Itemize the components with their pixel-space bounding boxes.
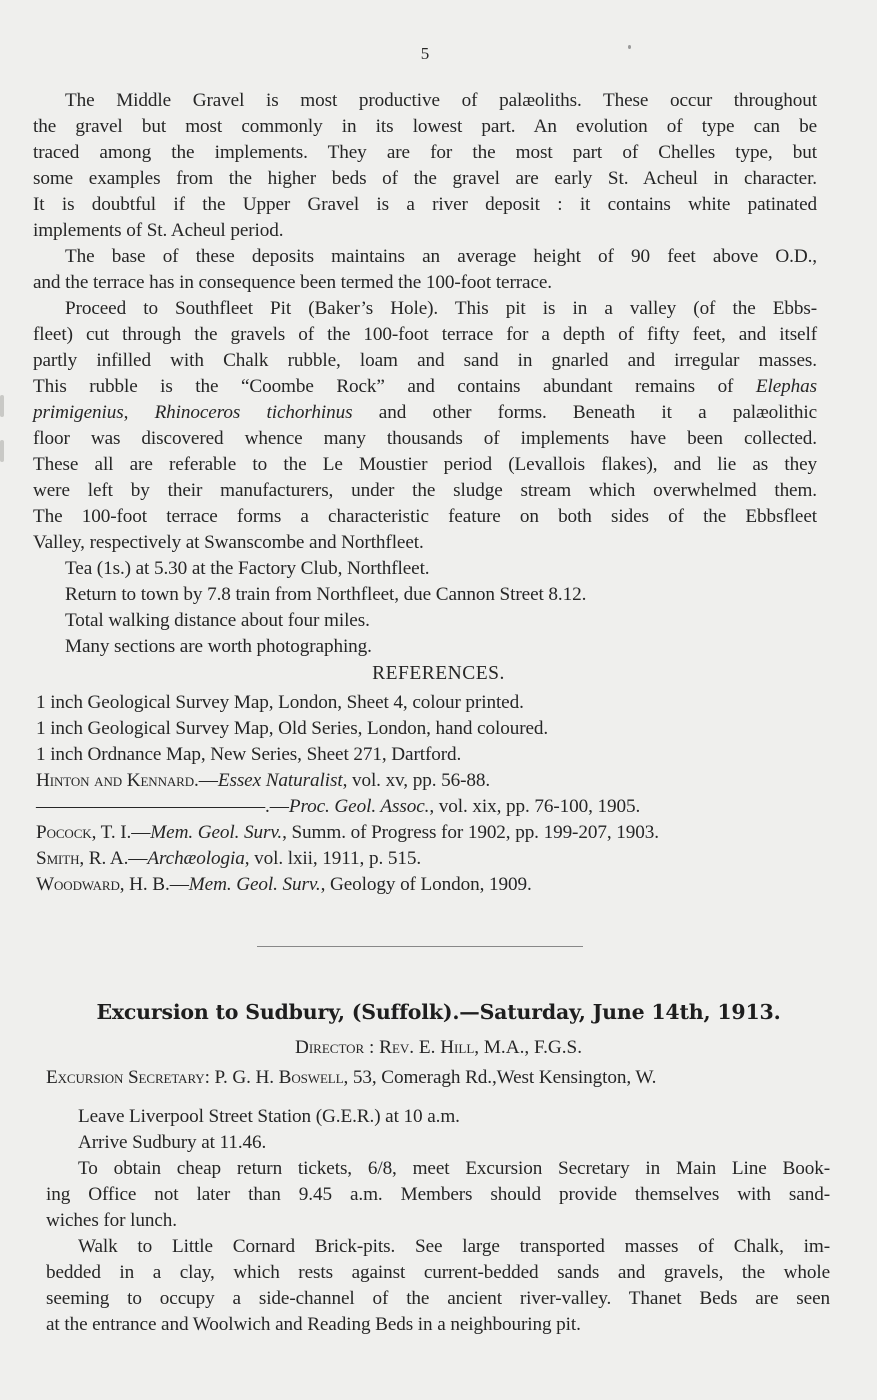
- secretary-label: Excursion Secretary:: [46, 1067, 210, 1088]
- body-text-line: floor was discovered whence many thousan…: [33, 426, 817, 452]
- reference-journal: Essex Naturalist: [218, 770, 343, 791]
- body-text-line: Valley, respectively at Swanscombe and N…: [33, 530, 817, 556]
- note-line: Return to town by 7.8 train from Northfl…: [33, 582, 817, 608]
- excursion-title: Excursion to Sudbury, (Suffolk).—Saturda…: [0, 1000, 877, 1024]
- reference-map: 1 inch Geological Survey Map, London, Sh…: [36, 690, 820, 716]
- body-text-line: Proceed to Southfleet Pit (Baker’s Hole)…: [33, 296, 817, 322]
- itinerary-line: Leave Liverpool Street Station (G.E.R.) …: [46, 1104, 830, 1130]
- body-text-line: The Middle Gravel is most productive of …: [33, 88, 817, 114]
- body-text-line: These all are referable to the Le Mousti…: [33, 452, 817, 478]
- reference-entry: Pocock, T. I.—Mem. Geol. Surv., Summ. of…: [36, 820, 820, 846]
- body-text-line: primigenius, Rhinoceros tichorhinus and …: [33, 400, 817, 426]
- reference-details: , vol. xix, pp. 76-100, 1905.: [429, 796, 640, 817]
- dash: —: [270, 796, 289, 817]
- reference-author: Woodward, H. B.: [36, 874, 170, 895]
- tickets-text-line: ing Office not later than 9.45 a.m. Memb…: [46, 1182, 830, 1208]
- note-line: Many sections are worth photographing.: [33, 634, 817, 660]
- secretary-name: P. G. H. Boswell,: [210, 1067, 348, 1088]
- note-line: Tea (1s.) at 5.30 at the Factory Club, N…: [33, 556, 817, 582]
- scan-edge-mark: [0, 440, 4, 462]
- reference-entry: Woodward, H. B.—Mem. Geol. Surv., Geolog…: [36, 872, 820, 898]
- reference-entry: Hinton and Kennard.—Essex Naturalist, vo…: [36, 768, 820, 794]
- body-text-line: some examples from the higher beds of th…: [33, 166, 817, 192]
- walk-text-line: at the entrance and Woolwich and Reading…: [46, 1312, 830, 1338]
- reference-details: , Summ. of Progress for 1902, pp. 199-20…: [282, 822, 659, 843]
- body-text-line: implements of St. Acheul period.: [33, 218, 817, 244]
- ditto-rule: ————————————.: [36, 796, 270, 817]
- text-span: and other forms. Beneath it a palæolithi…: [353, 402, 818, 423]
- page-number: 5: [0, 44, 850, 64]
- reference-journal: Proc. Geol. Assoc.: [289, 796, 430, 817]
- walk-text-line: bedded in a clay, which rests against cu…: [46, 1260, 830, 1286]
- walk-text-line: Walk to Little Cornard Brick-pits. See l…: [46, 1234, 830, 1260]
- references-heading: REFERENCES.: [0, 663, 877, 685]
- reference-map: 1 inch Geological Survey Map, Old Series…: [36, 716, 820, 742]
- dash: —: [170, 874, 189, 895]
- dash: —: [131, 822, 150, 843]
- body-text-line: It is doubtful if the Upper Gravel is a …: [33, 192, 817, 218]
- note-line: Total walking distance about four miles.: [33, 608, 817, 634]
- director-line: Director : Rev. E. Hill, M.A., F.G.S.: [0, 1035, 877, 1061]
- text-span: ,: [124, 402, 155, 423]
- reference-journal: Mem. Geol. Surv.: [189, 874, 321, 895]
- body-text-line: The 100-foot terrace forms a characteris…: [33, 504, 817, 530]
- reference-entry: ————————————.—Proc. Geol. Assoc., vol. x…: [36, 794, 820, 820]
- walk-text-line: seeming to occupy a side-channel of the …: [46, 1286, 830, 1312]
- reference-entry: Smith, R. A.—Archæologia, vol. lxii, 191…: [36, 846, 820, 872]
- section-divider: [257, 946, 583, 947]
- text-span: This rubble is the “Coombe Rock” and con…: [33, 376, 756, 397]
- species-name: Elephas: [756, 376, 817, 397]
- body-text-line: and the terrace has in consequence been …: [33, 270, 817, 296]
- dash: —: [128, 848, 147, 869]
- reference-map: 1 inch Ordnance Map, New Series, Sheet 2…: [36, 742, 820, 768]
- director-name: Rev. E. Hill, M.A., F.G.S.: [374, 1037, 582, 1058]
- species-name: Rhinoceros tichorhinus: [155, 402, 353, 423]
- tickets-text-line: To obtain cheap return tickets, 6/8, mee…: [46, 1156, 830, 1182]
- dash: —: [199, 770, 218, 791]
- reference-author: Smith, R. A.: [36, 848, 128, 869]
- reference-details: , vol. xv, pp. 56-88.: [343, 770, 490, 791]
- secretary-line: Excursion Secretary: P. G. H. Boswell, 5…: [46, 1065, 830, 1091]
- body-text-line: traced among the implements. They are fo…: [33, 140, 817, 166]
- body-text-line: were left by their manufacturers, under …: [33, 478, 817, 504]
- reference-journal: Archæologia: [147, 848, 244, 869]
- reference-author: Hinton and Kennard.: [36, 770, 199, 791]
- body-text-line: The base of these deposits maintains an …: [33, 244, 817, 270]
- body-text-line: This rubble is the “Coombe Rock” and con…: [33, 374, 817, 400]
- reference-journal: Mem. Geol. Surv.: [150, 822, 282, 843]
- reference-details: , Geology of London, 1909.: [321, 874, 532, 895]
- itinerary-line: Arrive Sudbury at 11.46.: [46, 1130, 830, 1156]
- reference-author: Pocock, T. I.: [36, 822, 131, 843]
- scan-edge-mark: [0, 395, 4, 417]
- body-text-line: partly infilled with Chalk rubble, loam …: [33, 348, 817, 374]
- body-text-line: the gravel but most commonly in its lowe…: [33, 114, 817, 140]
- director-label: Director :: [295, 1037, 374, 1058]
- body-text-line: fleet) cut through the gravels of the 10…: [33, 322, 817, 348]
- secretary-address: 53, Comeragh Rd.,West Kensington, W.: [348, 1067, 656, 1088]
- species-name: primigenius: [33, 402, 124, 423]
- reference-details: , vol. lxii, 1911, p. 515.: [245, 848, 421, 869]
- tickets-text-line: wiches for lunch.: [46, 1208, 830, 1234]
